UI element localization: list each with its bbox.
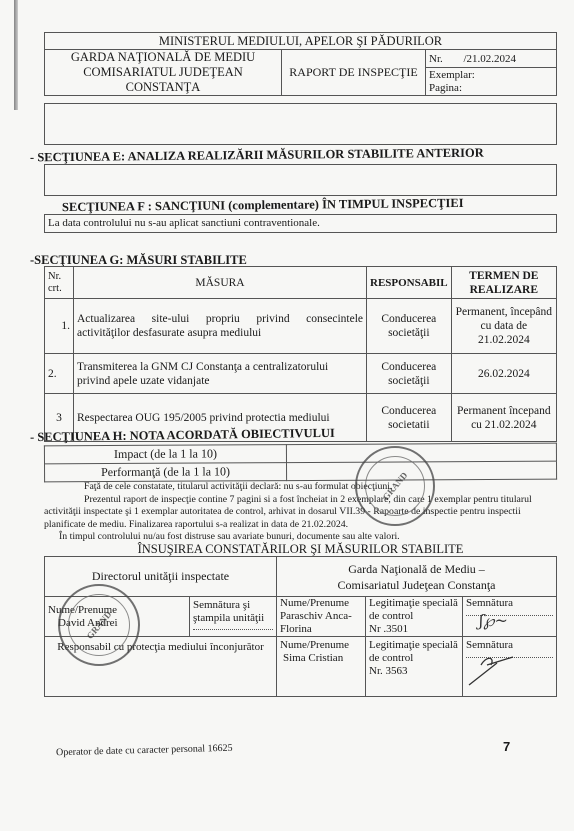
inspector-2-sign-label: Semnătura [466, 639, 553, 651]
row-termen: Permanent începand cu 21.02.2024 [451, 394, 556, 442]
operator-note: Operator de date cu caracter personal 16… [56, 743, 233, 759]
inspector-1-signature-icon: ʃ℘~ [479, 611, 508, 630]
empty-box-d [44, 103, 557, 145]
nr-value: /21.02.2024 [464, 53, 517, 65]
table-row: 1. Actualizarea site-ului propriu privin… [45, 299, 557, 354]
row-termen: 26.02.2024 [451, 354, 556, 394]
col-termen: TERMEN DE REALIZARE [451, 267, 556, 299]
inspector-1-name-cell: Nume/Prenume Paraschiv Anca-Florina [277, 597, 366, 637]
impact-label: Impact (de la 1 la 10) [44, 445, 286, 464]
ministry-name: MINISTERUL MEDIULUI, APELOR ŞI PĂDURILOR [45, 33, 557, 50]
section-e-title: - SECŢIUNEA E: ANALIZA REALIZĂRII MĂSURI… [30, 146, 484, 166]
statement-objections: Faţă de cele constatate, titularul activ… [44, 481, 557, 494]
organization-name: GARDA NAŢIONALĂ DE MEDIU COMISARIATUL JU… [45, 50, 282, 96]
row-responsabil: Conducerea societatii [367, 394, 452, 442]
page-binding-shadow [14, 0, 18, 110]
director-sign-line [193, 629, 273, 630]
document-type: RAPORT DE INSPECŢIE [282, 50, 426, 96]
col-masura: MĂSURA [74, 267, 367, 299]
inspector-2-legit-label: Legitimaţie specială de control [369, 639, 459, 665]
signatures-title: ÎNSUŞIREA CONSTATĂRILOR ŞI MĂSURILOR STA… [44, 542, 557, 557]
col-nr: Nr. crt. [45, 267, 74, 299]
gnm-header-line-2: Comisariatul Judeţean Constanţa [280, 577, 553, 593]
director-sign-label: Semnătura şi ştampila unităţii [193, 599, 273, 625]
company-stamp-icon: GRAND [355, 446, 435, 526]
row-masura: Transmiterea la GNM CJ Constanţa a centr… [74, 354, 367, 394]
director-stamp-icon: GRAND [58, 584, 140, 666]
org-line-2: COMISARIATUL JUDEŢEAN CONSTANŢA [48, 65, 278, 95]
inspector-2-name-cell: Nume/Prenume Sima Cristian [277, 637, 366, 697]
measures-header-row: Nr. crt. MĂSURA RESPONSABIL TERMEN DE RE… [45, 267, 557, 299]
inspector-1-name: Paraschiv Anca-Florina [280, 610, 362, 636]
nr-label: Nr. [429, 53, 443, 65]
exemplar-field: Exemplar: [426, 68, 557, 82]
row-masura: Actualizarea site-ului propriu privind c… [74, 299, 367, 354]
section-f-title: SECŢIUNEA F : SANCŢIUNI (complementare) … [62, 196, 464, 215]
section-e-box [44, 164, 557, 196]
inspector-2-legit-nr: Nr. 3563 [369, 665, 459, 678]
report-number: Nr. /21.02.2024 [426, 50, 557, 68]
section-f-box: La data controlului nu s-au aplicat sanc… [44, 214, 557, 233]
row-nr: 1. [45, 299, 74, 354]
inspector-1-legit-nr: Nr .3501 [369, 623, 459, 636]
page-number: 7 [503, 739, 510, 754]
header-table: MINISTERUL MEDIULUI, APELOR ŞI PĂDURILOR… [44, 32, 557, 96]
performanta-label: Performanţă (de la 1 la 10) [45, 463, 287, 482]
section-h-title: - SECŢIUNEA H: NOTA ACORDATĂ OBIECTIVULU… [30, 426, 335, 445]
director-signature-cell: Semnătura şi ştampila unităţii [190, 597, 277, 637]
row-nr: 2. [45, 354, 74, 394]
row-responsabil: Conducerea societăţii [367, 299, 452, 354]
inspector-2-signature-cell: Semnătura [463, 637, 557, 697]
col-responsabil: RESPONSABIL [367, 267, 452, 299]
row-termen: Permanent, începând cu data de 21.02.202… [451, 299, 556, 354]
measures-table: Nr. crt. MĂSURA RESPONSABIL TERMEN DE RE… [44, 266, 557, 442]
inspector-1-name-label: Nume/Prenume [280, 597, 362, 610]
gnm-header-line-1: Garda Naţională de Mediu – [280, 561, 553, 577]
inspector-2-legit-cell: Legitimaţie specială de control Nr. 3563 [366, 637, 463, 697]
inspector-2-signature-icon [467, 651, 517, 687]
inspector-2-name-label: Nume/Prenume [280, 639, 362, 652]
row-responsabil: Conducerea societăţii [367, 354, 452, 394]
org-line-1: GARDA NAŢIONALĂ DE MEDIU [48, 50, 278, 65]
inspector-1-signature-cell: Semnătura ʃ℘~ [463, 597, 557, 637]
inspector-2-name: Sima Cristian [280, 652, 362, 665]
inspector-1-legit-label: Legitimaţie specială de control [369, 597, 459, 623]
score-table: Impact (de la 1 la 10) Performanţă (de l… [44, 443, 557, 483]
table-row: 2. Transmiterea la GNM CJ Constanţa a ce… [45, 354, 557, 394]
gnm-header: Garda Naţională de Mediu – Comisariatul … [277, 557, 557, 597]
section-f-text: La data controlului nu s-au aplicat sanc… [48, 217, 320, 229]
inspector-1-sign-label: Semnătura [466, 597, 553, 609]
statements-block: Faţă de cele constatate, titularul activ… [44, 481, 557, 544]
inspector-1-legit-cell: Legitimaţie specială de control Nr .3501 [366, 597, 463, 637]
pagina-field: Pagina: [426, 82, 557, 96]
statement-report-info: Prezentul raport de inspecţie contine 7 … [44, 494, 557, 532]
